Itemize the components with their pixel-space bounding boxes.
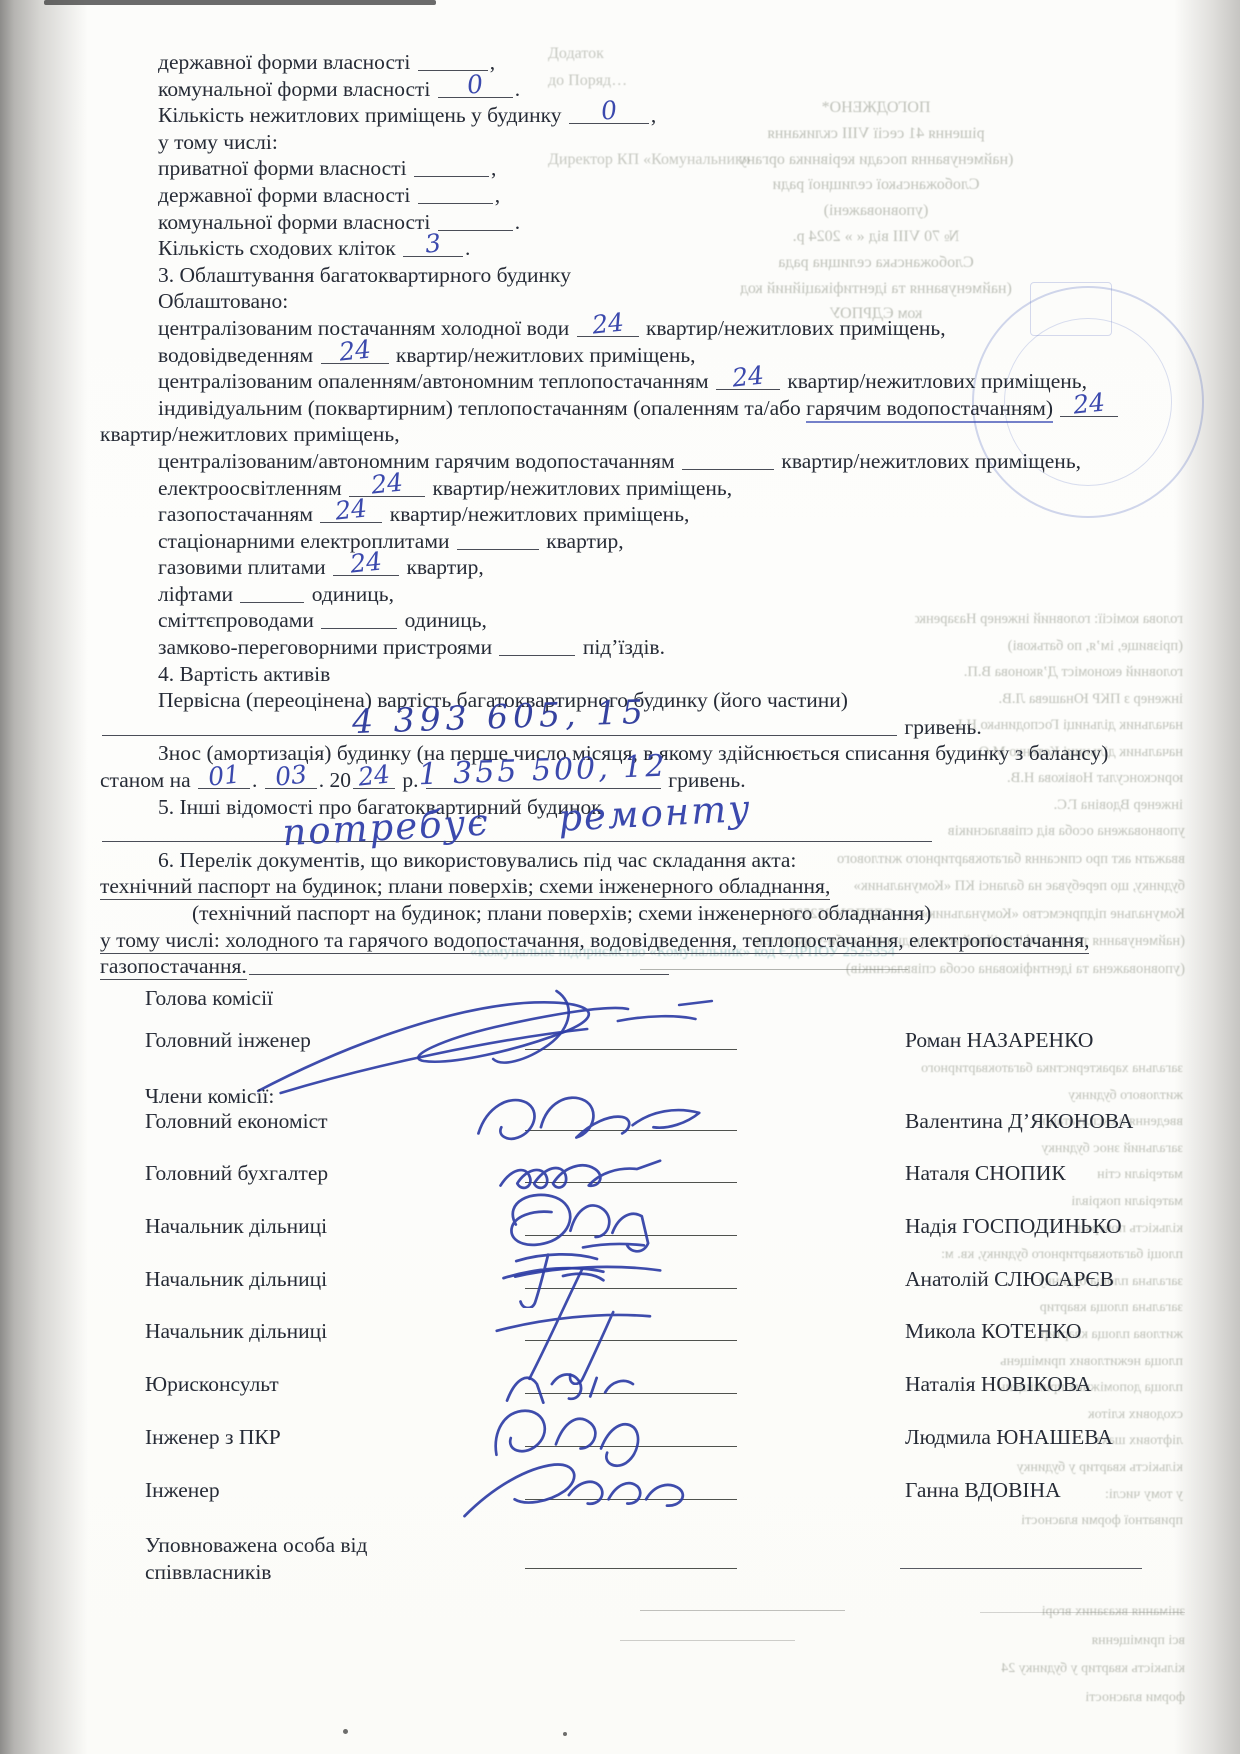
- signer-role-label: Головний економіст: [145, 1108, 328, 1135]
- ghost-line: [980, 1612, 1185, 1613]
- signer-role-label: Голова комісії: [145, 985, 273, 1012]
- signature-row: ЮрисконсультНаталія НОВІКОВА: [0, 1371, 1240, 1423]
- signature-row: Головний бухгалтерНаталя СНОПИК: [0, 1160, 1240, 1212]
- signer-role-label: Уповноважена особа від співвласників: [145, 1532, 425, 1586]
- signature-line: [525, 1288, 737, 1289]
- signer-name: Микола КОТЕНКО: [905, 1319, 1082, 1344]
- signer-name: Людмила ЮНАШЕВА: [905, 1425, 1113, 1450]
- signer-name: Наталія НОВІКОВА: [905, 1372, 1091, 1397]
- ghost-line: [640, 1610, 845, 1611]
- signature-row: Начальник дільниціМикола КОТЕНКО: [0, 1318, 1240, 1370]
- signature-row: Начальник дільниціНадія ГОСПОДИНЬКО: [0, 1213, 1240, 1265]
- scanned-document-page: Додатокдо Поряд…Директор КП «Комунальник…: [0, 0, 1240, 1754]
- signature-row: Уповноважена особа від співвласників: [0, 1532, 1240, 1584]
- signature-row: ІнженерГанна ВДОВІНА: [0, 1477, 1240, 1529]
- signer-role-label: Юрисконсульт: [145, 1371, 279, 1398]
- signer-name: Наталя СНОПИК: [905, 1161, 1066, 1186]
- signature-row: Головний інженерРоман НАЗАРЕНКО: [0, 1027, 1240, 1079]
- signature-line: [525, 1130, 737, 1131]
- signer-name: Надія ГОСПОДИНЬКО: [905, 1214, 1122, 1239]
- signature-line: [525, 1446, 737, 1447]
- signature-row: Головний економістВалентина Д’ЯКОНОВА: [0, 1108, 1240, 1160]
- signature-line: [525, 1182, 737, 1183]
- signer-role-label: Начальник дільниці: [145, 1213, 327, 1240]
- signature-line: [525, 1393, 737, 1394]
- name-line: [900, 1568, 1142, 1569]
- signer-role-label: Члени комісії:: [145, 1083, 274, 1110]
- signer-role-label: Інженер: [145, 1477, 220, 1504]
- signature-line: [525, 1340, 737, 1341]
- signature-line: [525, 1499, 737, 1500]
- signer-role-label: Начальник дільниці: [145, 1266, 327, 1293]
- signer-role-label: Начальник дільниці: [145, 1318, 327, 1345]
- signature-line: [525, 1235, 737, 1236]
- signer-name: Анатолій СЛЮСАРЄВ: [905, 1267, 1114, 1292]
- signer-role-label: Головний інженер: [145, 1027, 311, 1054]
- signature-row: Начальник дільниціАнатолій СЛЮСАРЄВ: [0, 1266, 1240, 1318]
- signer-name: Валентина Д’ЯКОНОВА: [905, 1109, 1133, 1134]
- signer-role-label: Головний бухгалтер: [145, 1160, 328, 1187]
- signature-row: Інженер з ПКРЛюдмила ЮНАШЕВА: [0, 1424, 1240, 1476]
- name-line: [640, 969, 908, 970]
- signature-line: [525, 1568, 737, 1569]
- signer-name: Ганна ВДОВІНА: [905, 1478, 1061, 1503]
- signature-line: [525, 1049, 737, 1050]
- signature-section: Голова комісіїГоловний інженерРоман НАЗА…: [0, 0, 1240, 1754]
- ghost-line: [620, 1640, 795, 1641]
- signer-role-label: Інженер з ПКР: [145, 1424, 281, 1451]
- signer-name: Роман НАЗАРЕНКО: [905, 1028, 1093, 1053]
